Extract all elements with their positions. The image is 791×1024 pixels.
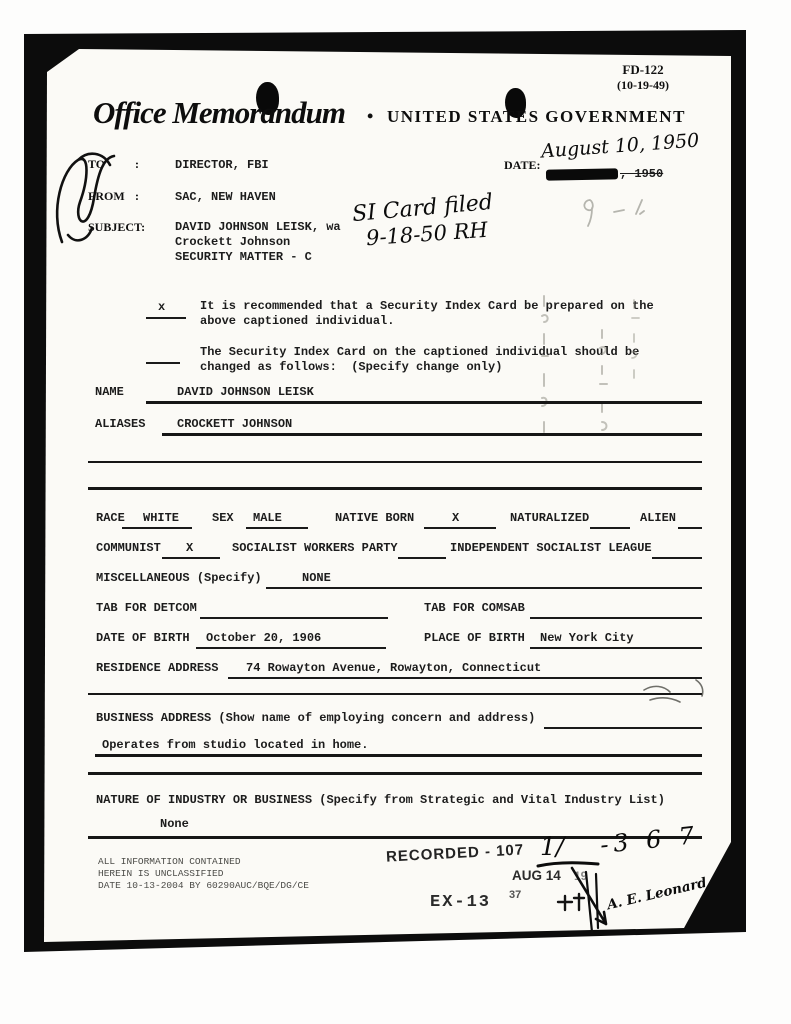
- native-born-label: NATIVE BORN: [335, 511, 414, 525]
- isl-label: INDEPENDENT SOCIALIST LEAGUE: [450, 541, 652, 555]
- communist-value: X: [186, 541, 193, 555]
- race-label: RACE: [96, 511, 125, 525]
- dob-value: October 20, 1906: [206, 631, 321, 645]
- option2-line-2: changed as follows: (Specify change only…: [200, 360, 502, 374]
- residence-label: RESIDENCE ADDRESS: [96, 661, 218, 675]
- faint-bleedthrough-stamp: [530, 290, 650, 450]
- checkbox-underline: [146, 317, 186, 319]
- field-underline: [544, 727, 702, 729]
- date-received-stamp-sub: 37: [509, 889, 521, 901]
- tab-comsab-label: TAB FOR COMSAB: [424, 601, 525, 615]
- field-underline: [398, 557, 446, 559]
- field-underline: [530, 647, 702, 649]
- naturalized-label: NATURALIZED: [510, 511, 589, 525]
- pob-value: New York City: [540, 631, 634, 645]
- section-rule: [88, 461, 702, 463]
- field-underline: [652, 557, 702, 559]
- field-underline: [162, 557, 220, 559]
- field-underline: [228, 677, 702, 679]
- field-underline: [200, 617, 388, 619]
- aliases-field-line: [162, 433, 702, 436]
- business-field-line: [95, 754, 702, 757]
- checkbox-underline: [146, 362, 180, 364]
- from-value: SAC, NEW HAVEN: [175, 190, 276, 204]
- to-colon: :: [135, 157, 139, 172]
- dob-label: DATE OF BIRTH: [96, 631, 190, 645]
- memo-title: Office Memorandum: [93, 95, 345, 131]
- subject-line-3: SECURITY MATTER - C: [175, 250, 312, 264]
- alien-label: ALIEN: [640, 511, 676, 525]
- from-label: FROM: [88, 189, 125, 204]
- from-colon: :: [135, 189, 139, 204]
- field-underline: [196, 647, 386, 649]
- field-underline: [266, 587, 702, 589]
- to-value: DIRECTOR, FBI: [175, 158, 269, 172]
- aliases-label: ALIASES: [95, 417, 145, 431]
- name-field-line: [146, 401, 702, 404]
- field-underline: [246, 527, 308, 529]
- name-value: DAVID JOHNSON LEISK: [177, 385, 314, 399]
- pob-label: PLACE OF BIRTH: [424, 631, 525, 645]
- section-rule: [88, 487, 702, 490]
- industry-label: NATURE OF INDUSTRY OR BUSINESS (Specify …: [96, 793, 665, 807]
- native-born-value: X: [452, 511, 459, 525]
- unclassified-note-line-2: HEREIN IS UNCLASSIFIED: [98, 868, 223, 880]
- field-underline: [590, 527, 630, 529]
- subject-line-1: DAVID JOHNSON LEISK, wa: [175, 220, 341, 234]
- redaction-mark: [546, 168, 618, 180]
- gov-title: UNITED STATES GOVERNMENT: [387, 107, 686, 127]
- letterhead-bullet: •: [367, 106, 373, 127]
- business-value: Operates from studio located in home.: [102, 738, 368, 752]
- margin-scribble: [640, 676, 710, 712]
- form-number: FD-122: [598, 62, 688, 78]
- faint-handwritten-mark: [580, 192, 660, 232]
- section-rule: [88, 772, 702, 775]
- struck-date: , 1950: [620, 167, 663, 181]
- communist-label: COMMUNIST: [96, 541, 161, 555]
- security-index-checkbox-mark: x: [158, 300, 165, 314]
- blank-field-line: [88, 693, 702, 695]
- field-underline: [530, 617, 702, 619]
- miscellaneous-label: MISCELLANEOUS (Specify): [96, 571, 262, 585]
- swp-label: SOCIALIST WORKERS PARTY: [232, 541, 398, 555]
- industry-value: None: [160, 817, 189, 831]
- subject-line-2: Crockett Johnson: [175, 235, 290, 249]
- residence-value: 74 Rowayton Avenue, Rowayton, Connecticu…: [246, 661, 541, 675]
- tab-detcom-label: TAB FOR DETCOM: [96, 601, 197, 615]
- field-underline: [678, 527, 702, 529]
- subject-label: SUBJECT:: [88, 220, 145, 235]
- form-revision: (10-19-49): [598, 78, 688, 93]
- field-underline: [424, 527, 496, 529]
- race-value: WHITE: [143, 511, 179, 525]
- to-label: TO: [88, 157, 105, 172]
- paper-sheet: [44, 49, 731, 942]
- unclassified-note-line-1: ALL INFORMATION CONTAINED: [98, 856, 241, 868]
- option1-line-2: above captioned individual.: [200, 314, 394, 328]
- name-label: NAME: [95, 385, 124, 399]
- scanned-memo-page: FD-122 (10-19-49) Office Memorandum • UN…: [0, 0, 791, 1024]
- business-label: BUSINESS ADDRESS (Show name of employing…: [96, 711, 535, 725]
- aliases-value: CROCKETT JOHNSON: [177, 417, 292, 431]
- sex-value: MALE: [253, 511, 282, 525]
- handwritten-file-number-prefix: 1/: [540, 832, 564, 861]
- miscellaneous-value: NONE: [302, 571, 331, 585]
- ex-13-stamp: EX-13: [430, 893, 491, 912]
- date-label: DATE:: [504, 158, 540, 173]
- sex-label: SEX: [212, 511, 234, 525]
- field-underline: [122, 527, 192, 529]
- unclassified-note-line-3: DATE 10-13-2004 BY 60290AUC/BQE/DG/CE: [98, 880, 309, 892]
